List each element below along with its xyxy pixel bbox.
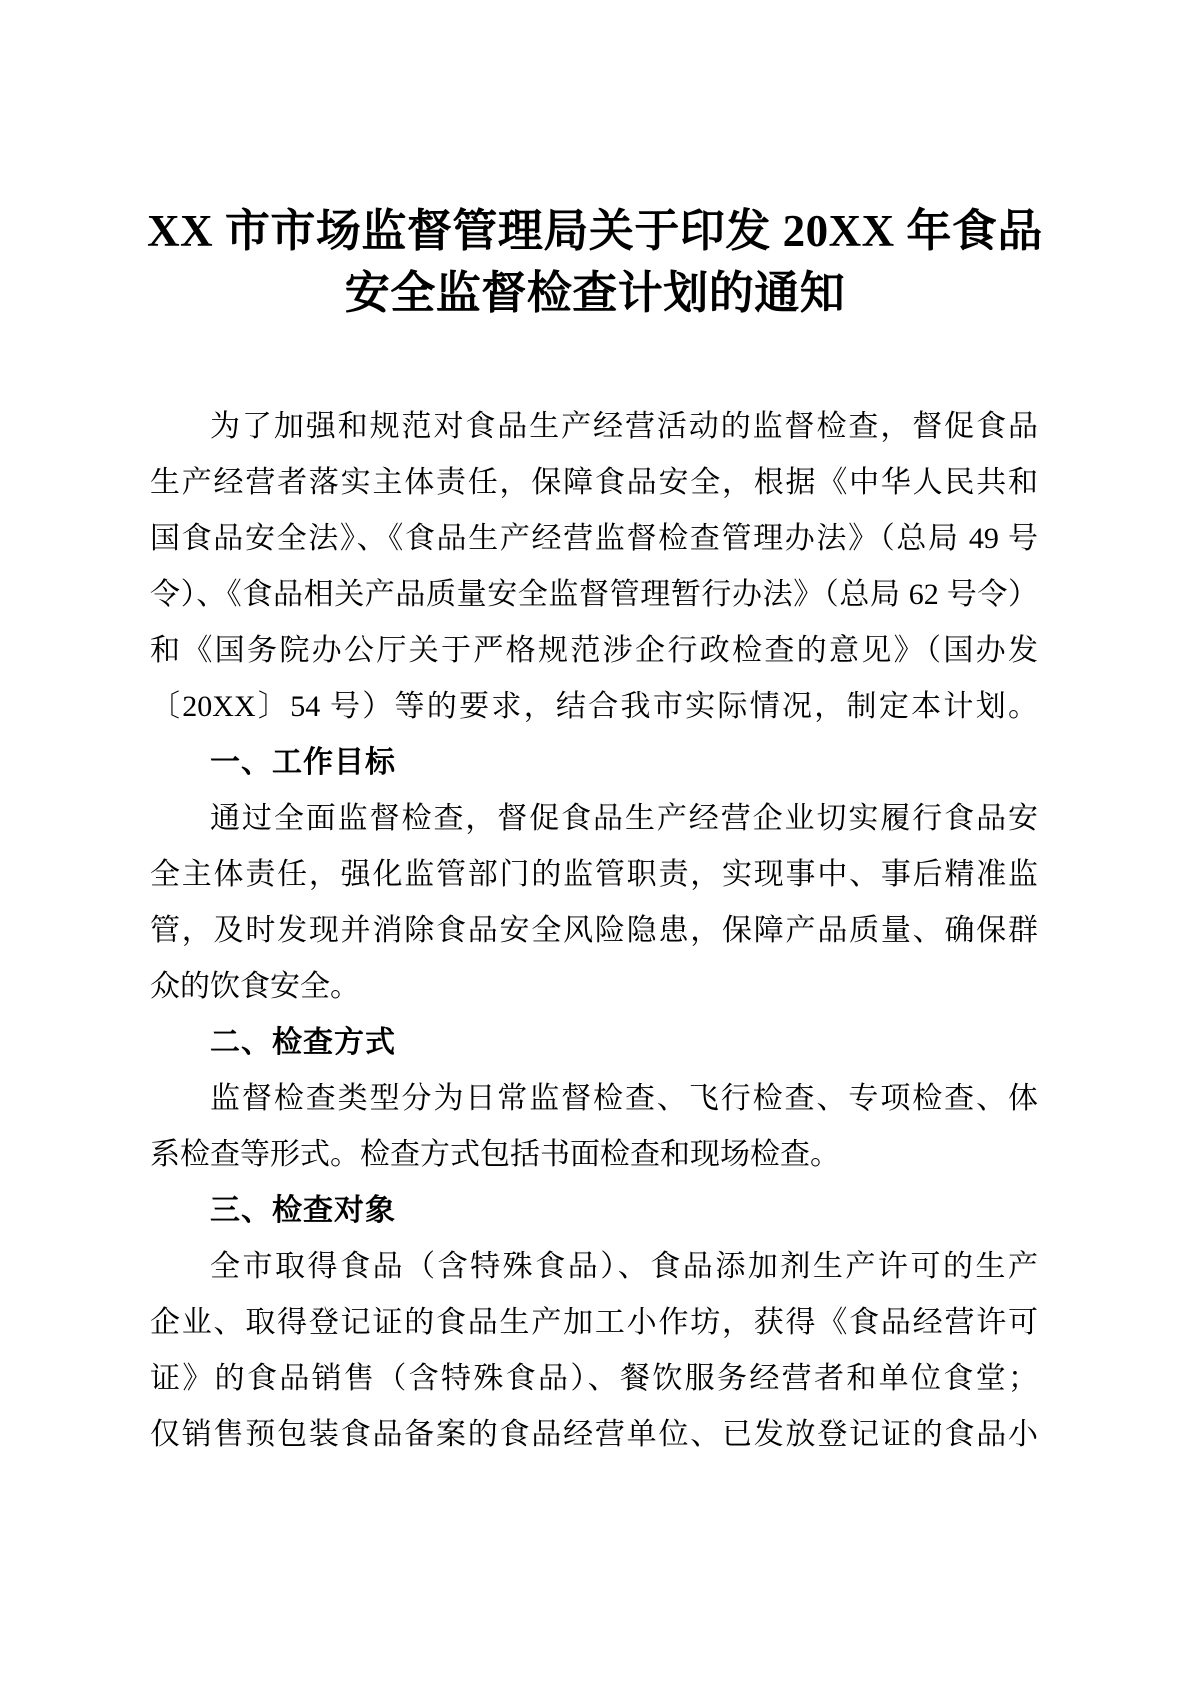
targets-paragraph-line-3: 证》的食品销售（含特殊食品）、餐饮服务经营者和单位食堂； (150, 1351, 1038, 1407)
goals-paragraph-line-4: 众的饮食安全。 (150, 959, 1038, 1015)
targets-paragraph-line-2: 企业、取得登记证的食品生产加工小作坊，获得《食品经营许可 (150, 1295, 1038, 1351)
document-page: XX 市市场监督管理局关于印发 20XX 年食品 安全监督检查计划的通知 为了加… (0, 0, 1190, 1683)
intro-paragraph-line-1: 为了加强和规范对食品生产经营活动的监督检查，督促食品 (150, 399, 1038, 455)
goals-paragraph-line-2: 全主体责任，强化监管部门的监管职责，实现事中、事后精准监 (150, 847, 1038, 903)
goals-paragraph-line-3: 管，及时发现并消除食品安全风险隐患，保障产品质量、确保群 (150, 903, 1038, 959)
section-heading-inspection-targets: 三、检查对象 (150, 1183, 1038, 1239)
document-title-line-1: XX 市市场监督管理局关于印发 20XX 年食品 (0, 200, 1190, 262)
document-title-line-2: 安全监督检查计划的通知 (0, 262, 1190, 324)
intro-paragraph-line-3: 国食品安全法》、《食品生产经营监督检查管理办法》（总局 49 号 (150, 511, 1038, 567)
intro-paragraph-line-2: 生产经营者落实主体责任，保障食品安全，根据《中华人民共和 (150, 455, 1038, 511)
methods-paragraph-line-1: 监督检查类型分为日常监督检查、飞行检查、专项检查、体 (150, 1071, 1038, 1127)
document-body: 为了加强和规范对食品生产经营活动的监督检查，督促食品 生产经营者落实主体责任，保… (150, 399, 1038, 1463)
intro-paragraph-line-6: 〔20XX〕54 号）等的要求，结合我市实际情况，制定本计划。 (150, 679, 1038, 735)
section-heading-work-goals: 一、工作目标 (150, 735, 1038, 791)
targets-paragraph-line-1: 全市取得食品（含特殊食品）、食品添加剂生产许可的生产 (150, 1239, 1038, 1295)
intro-paragraph-line-4: 令）、《食品相关产品质量安全监督管理暂行办法》（总局 62 号令） (150, 567, 1038, 623)
section-heading-inspection-methods: 二、检查方式 (150, 1015, 1038, 1071)
document-title: XX 市市场监督管理局关于印发 20XX 年食品 安全监督检查计划的通知 (0, 200, 1190, 324)
intro-paragraph-line-5: 和《国务院办公厅关于严格规范涉企行政检查的意见》（国办发 (150, 623, 1038, 679)
methods-paragraph-line-2: 系检查等形式。检查方式包括书面检查和现场检查。 (150, 1127, 1038, 1183)
goals-paragraph-line-1: 通过全面监督检查，督促食品生产经营企业切实履行食品安 (150, 791, 1038, 847)
targets-paragraph-line-4: 仅销售预包装食品备案的食品经营单位、已发放登记证的食品小 (150, 1407, 1038, 1463)
